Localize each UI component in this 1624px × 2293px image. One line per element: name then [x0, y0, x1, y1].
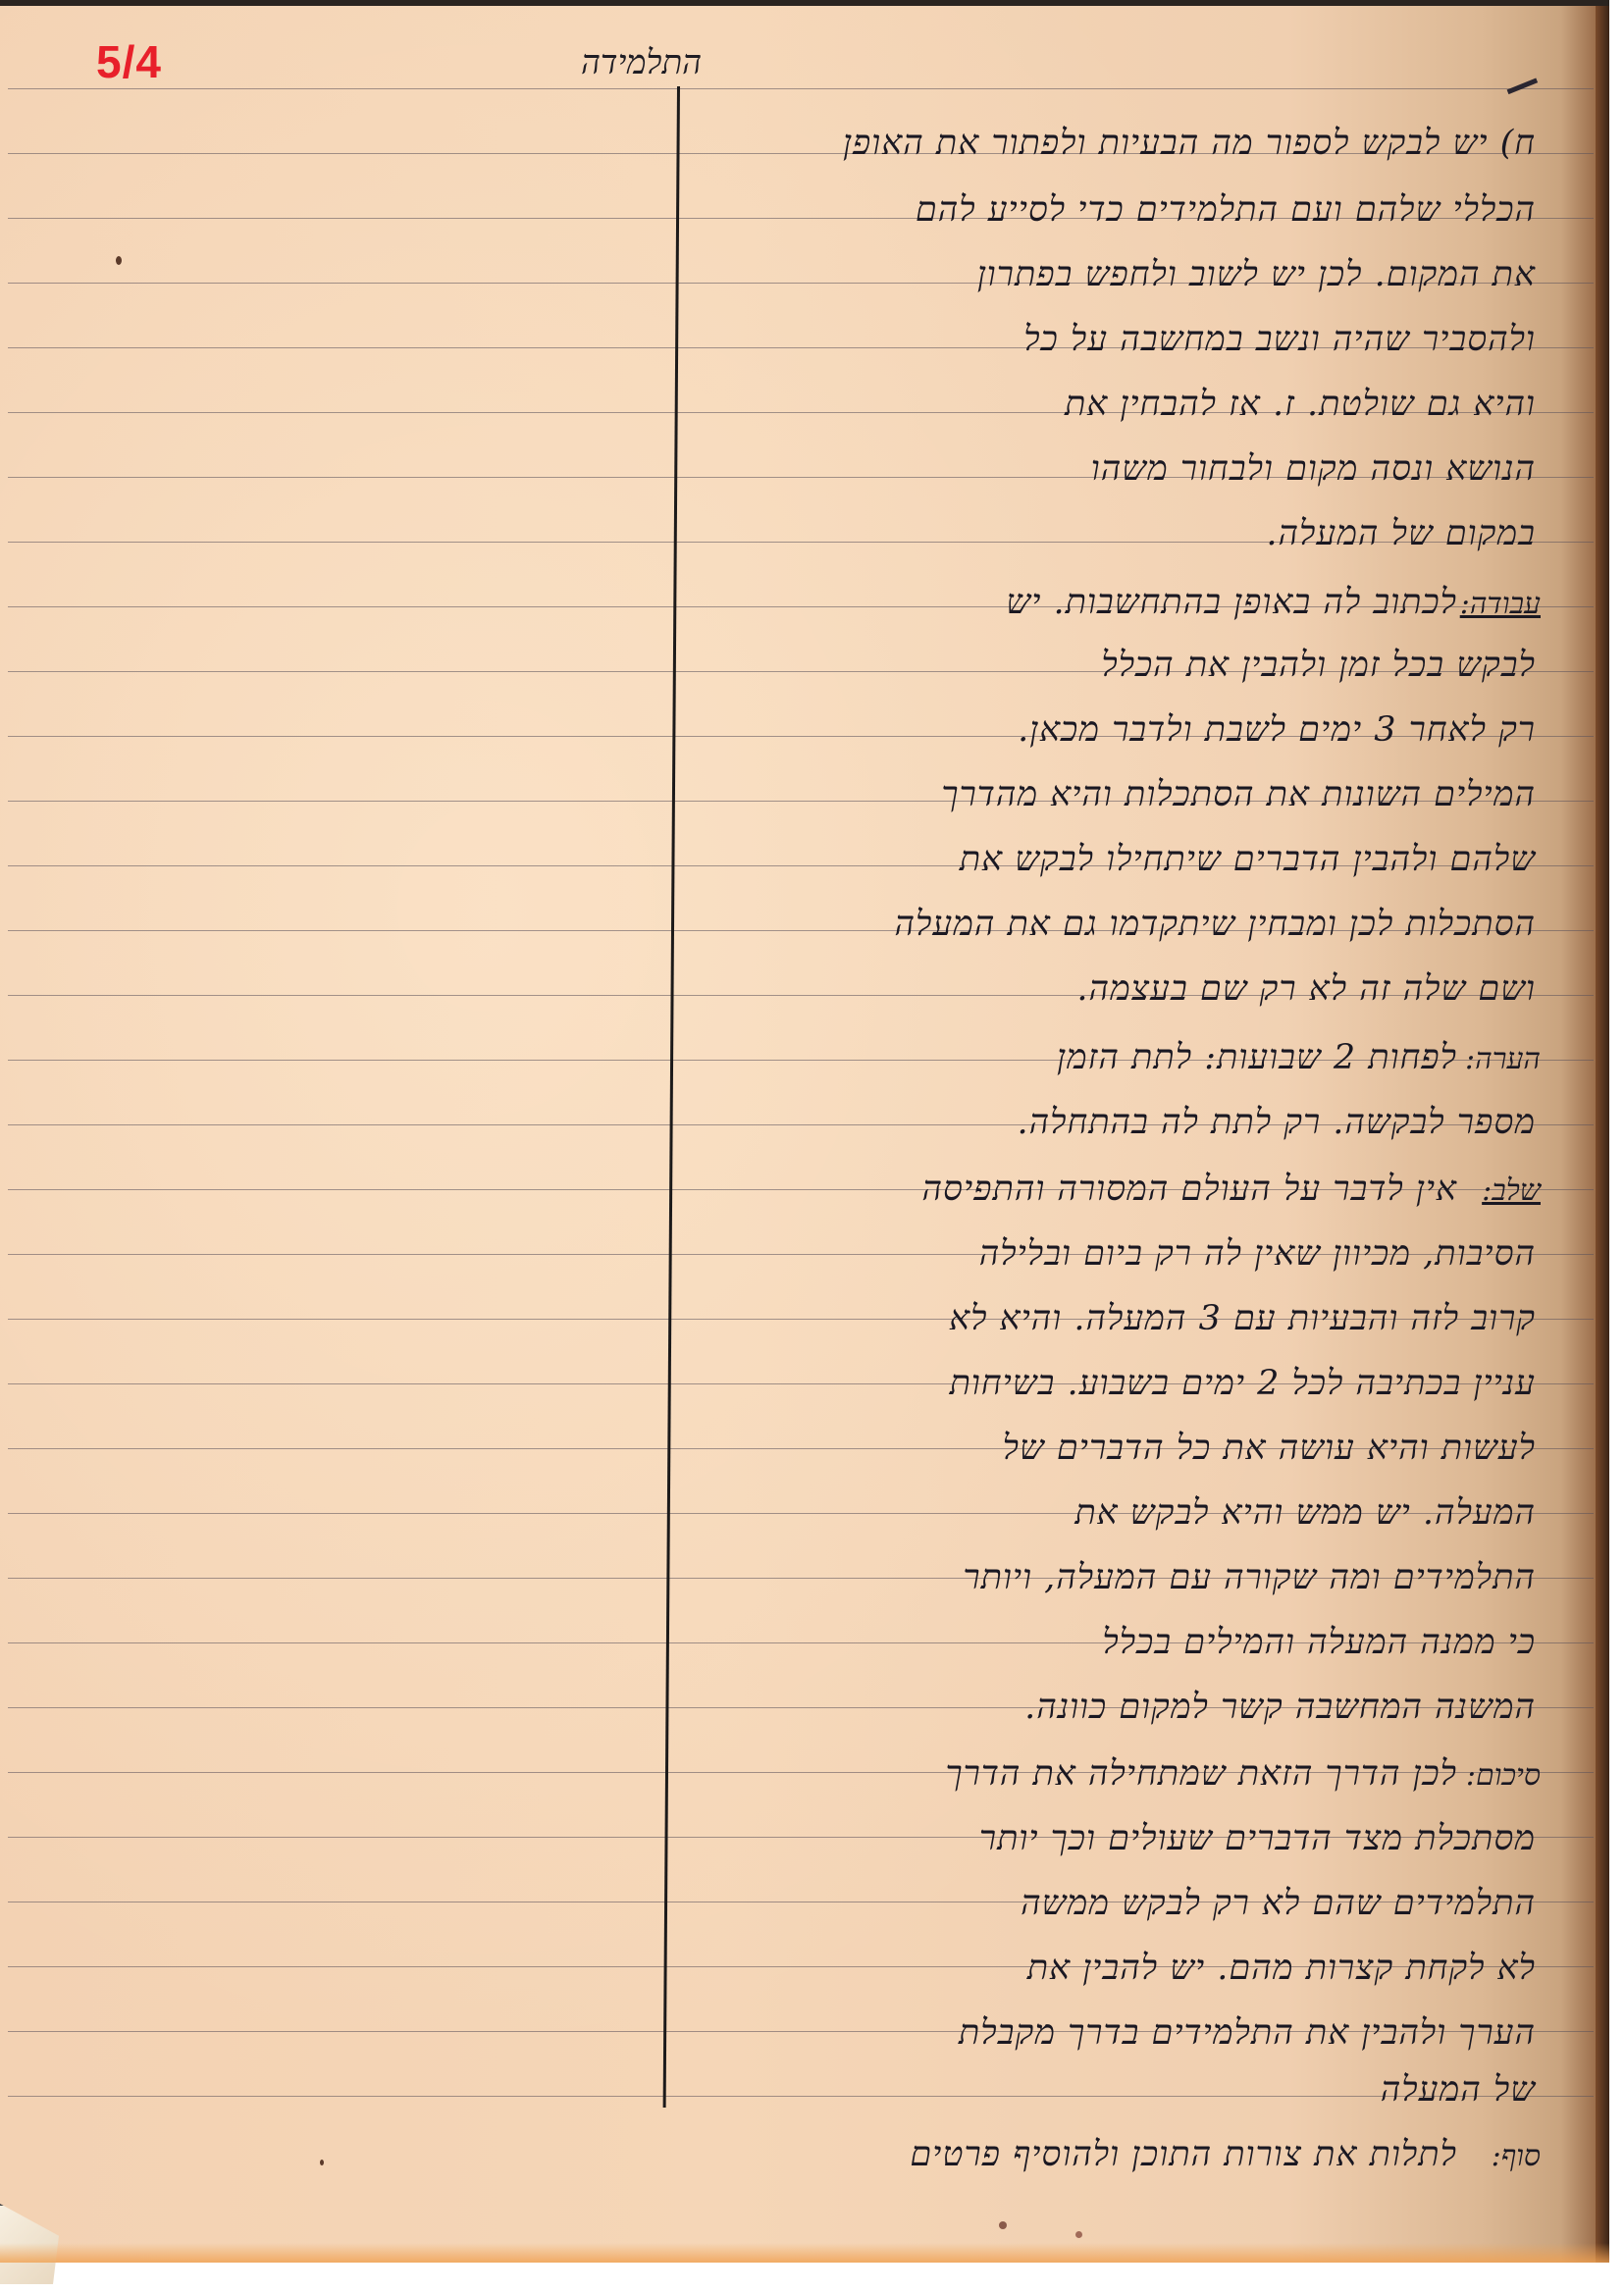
handwritten-line: שלהם ולהבין הדברים שיתחילו לבקש את — [960, 840, 1536, 879]
ink-blot — [999, 2221, 1007, 2229]
ink-blot — [320, 2160, 324, 2165]
ink-blot — [116, 256, 122, 265]
handwritten-line: ושם שלה זה לא רק שם בעצמה. — [1076, 969, 1536, 1009]
section-marker: עבודה: — [1460, 587, 1541, 621]
handwritten-line: לכן הדרך הזאת שמתחילה את הדרך — [945, 1754, 1457, 1794]
section-marker: סוף: — [1492, 2139, 1541, 2173]
handwritten-line: הנושא ונסה מקום ולבחור משהו — [1091, 449, 1536, 489]
handwritten-line: לעשות והיא עושה את כל הדברים של — [1003, 1429, 1536, 1468]
handwritten-line: הערך ולהבין את התלמידים בדרך מקבלת — [959, 2013, 1536, 2053]
handwritten-line: והיא גם שולטת. ז. אז להבחין את — [1065, 385, 1536, 424]
handwritten-line: רק לאחר 3 ימים לשבת ולדבר מכאן. — [1018, 710, 1536, 750]
handwritten-line: ח) יש לבקש לספור מה הבעיות ולפתור את האו… — [843, 124, 1536, 163]
handwritten-line: המשנה המחשבה קשר למקום כוונה. — [1024, 1688, 1536, 1727]
handwritten-line: קרוב לזה והבעיות עם 3 המעלה. והיא לא — [949, 1299, 1536, 1338]
handwritten-line: לתלות את צורות התוכן ולהוסיף פרטים — [910, 2135, 1457, 2174]
handwritten-line: הסיבות, מכיוון שאין לה רק ביום ובלילה — [979, 1234, 1536, 1274]
ink-blot — [1075, 2231, 1082, 2238]
page-header-word: התלמידה — [581, 43, 702, 82]
section-marker-label: שלב: — [1482, 1173, 1541, 1208]
handwritten-line: במקום של המעלה. — [1266, 514, 1536, 553]
folded-corner — [0, 2204, 59, 2284]
ruled-line — [8, 88, 1594, 89]
handwritten-line: ולהסביר שהיה ונשב במחשבה על כל — [1023, 320, 1536, 359]
binding-edge — [1596, 6, 1609, 2263]
handwritten-line: את המקום. לכן יש לשוב ולחפש בפתרון — [977, 255, 1536, 294]
handwritten-line: לבקש בכל זמן ולהבין את הכלל — [1101, 646, 1536, 685]
section-marker: הערה: — [1465, 1042, 1541, 1076]
handwritten-line: המעלה. יש ממש והיא לבקש את — [1074, 1493, 1536, 1533]
section-marker-label: עבודה: — [1460, 587, 1541, 621]
blank-left-margin-area — [0, 84, 673, 2194]
handwritten-line: הסתכלות לכן ומבחין שיתקדמו גם את המעלה — [894, 905, 1536, 944]
handwritten-line: לפחות 2 שבועות: לתת הזמן — [1057, 1038, 1457, 1077]
ruled-line — [8, 2096, 1594, 2097]
handwritten-line: עניין בכתיבה לכל 2 ימים בשבוע. בשיחות — [950, 1364, 1536, 1403]
handwritten-line: לכתוב לה באופן בהתחשבות. יש — [1006, 583, 1457, 622]
handwritten-line: לא לקחת קצרות מהם. יש להבין את — [1027, 1949, 1536, 1988]
page-number-label: 5/4 — [96, 35, 162, 88]
section-marker: סיכום: — [1466, 1758, 1541, 1793]
handwritten-line: התלמידים ומה שקורה עם המעלה, ויותר — [963, 1558, 1536, 1597]
section-marker: שלב: — [1482, 1173, 1541, 1208]
handwritten-line: מספר לבקשה. רק לתת לה בהתחלה. — [1017, 1103, 1536, 1142]
section-marker-label: הערה: — [1465, 1042, 1541, 1076]
handwritten-line: התלמידים שהם לא רק לבקש ממשה — [1021, 1884, 1536, 1923]
section-marker-label: סיכום: — [1466, 1758, 1541, 1793]
handwritten-line: כי ממנה המעלה והמילים בכלל — [1102, 1623, 1536, 1662]
handwritten-line: מסתכלת מצד הדברים שעולים וכך יותר — [979, 1819, 1536, 1858]
handwritten-line: אין לדבר על העולם המסורה והתפיסה — [922, 1170, 1457, 1209]
section-marker-label: סוף: — [1492, 2139, 1541, 2173]
handwritten-line: של המעלה — [1381, 2070, 1536, 2110]
handwritten-line: הכללי שלהם ועם התלמידים כדי לסייע להם — [916, 190, 1536, 230]
handwritten-line: המילים השונות את הסתכלות והיא מהדרך — [941, 775, 1536, 814]
notebook-page: 5/4 התלמידה ח) יש לבקש לספור מה הבעיות ו… — [0, 0, 1609, 2263]
